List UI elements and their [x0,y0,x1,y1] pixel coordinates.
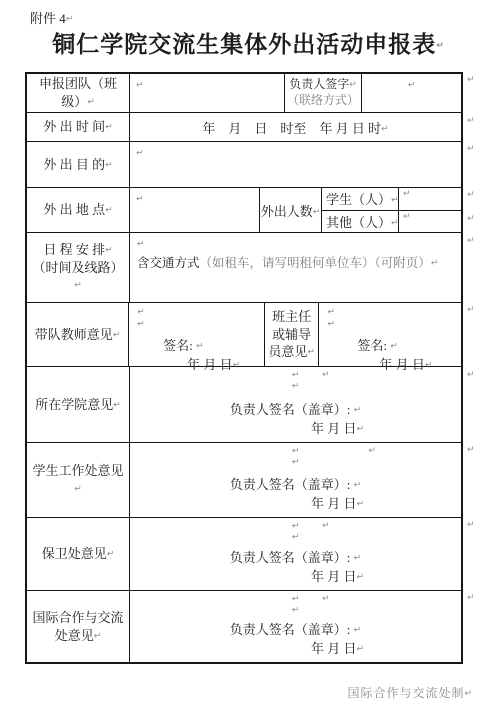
stamp-sign-line: 负责人签名（盖章）: ↵ [130,547,461,566]
time-label: 外 出 时 间↵ [43,118,112,136]
stamp-date-line: 年 月 日↵ [172,418,497,437]
pilcrow-mark: ↵ [467,215,475,224]
row-international-opinion: 国际合作与交流 处意见↵ ↵ ↵ ↵ 负责人签名（盖章）: ↵ 年 月 日↵ [27,591,461,662]
others-label-cell: 其他（人）↵ [322,211,399,233]
student-affairs-label-cell: 学生工作处意见↵ [27,443,130,517]
pilcrow-mark: ↵ [467,191,475,200]
pilcrow-line: ↵ [130,532,461,543]
purpose-input-cell[interactable]: ↵ [130,142,461,187]
pilcrow-mark: ↵ [356,573,364,583]
time-placeholder: 年 月 日 时至 年 月 日 时↵ [202,118,388,137]
schedule-label-line1: 日 程 安 排↵ [43,241,112,259]
signature-line: 签名: ↵ [129,335,264,354]
schedule-hint-main: 含交通方式 [137,256,200,270]
student-affairs-label: 学生工作处意见↵ [31,462,125,497]
leader-contact-label: （联络方式） [287,93,359,109]
pilcrow-mark: ↵ [354,406,362,416]
pilcrow-mark: ↵ [408,81,416,91]
pilcrow-mark: ↵ [322,595,330,604]
purpose-label: 外 出 目 的↵ [43,156,112,174]
advisor-label-line1: 班主任 [272,308,311,326]
teacher-opinion-label: 带队教师意见↵ [35,326,121,344]
college-opinion-label: 所在学院意见↵ [35,396,121,414]
international-stamp-cell[interactable]: ↵ ↵ ↵ 负责人签名（盖章）: ↵ 年 月 日↵ [130,591,461,662]
team-label: 申报团队（班级）↵ [31,75,125,110]
time-input-cell[interactable]: 年 月 日 时至 年 月 日 时↵ [130,113,461,141]
pilcrow-mark: ↵ [292,595,300,605]
teacher-opinion-label-cell: 带队教师意见↵ [27,303,129,366]
leader-sign-label-cell: 负责人签字↵ （联络方式） [285,74,362,112]
pilcrow-mark: ↵ [292,522,300,532]
students-label-cell: 学生（人）↵ [322,188,399,210]
pilcrow-mark: ↵ [74,281,82,291]
pilcrow-line: ↵ [130,521,461,532]
pilcrow-line: ↵ [319,306,461,318]
row-student-affairs-opinion: 学生工作处意见↵ ↵ ↵ ↵ 负责人签名（盖章）: ↵ 年 月 日↵ [27,443,461,518]
pilcrow-line: ↵ [129,318,264,330]
students-count-input-cell[interactable]: ↵ [399,188,461,210]
pilcrow-mark: ↵ [66,15,74,25]
pilcrow-mark: ↵ [467,371,475,380]
pilcrow-mark: ↵ [391,196,399,206]
pilcrow-mark: ↵ [381,124,389,134]
row-teacher-opinion: 带队教师意见↵ ↵ ↵ 签名: ↵ 年 月 日↵ 班主任 或辅导 员意见↵ ↵ … [27,303,461,367]
pilcrow-mark: ↵ [349,80,357,90]
schedule-label-cell: 日 程 安 排↵ （时间及线路）↵ [27,233,130,302]
international-opinion-label-cell: 国际合作与交流 处意见↵ [27,591,130,662]
schedule-hint-note: （如租车，请写明租何单位车）（可附页） [200,256,431,270]
pilcrow-line: ↵ [130,446,461,457]
pilcrow-mark: ↵ [467,76,475,85]
stamp-date-line: 年 月 日↵ [172,638,497,657]
pilcrow-mark: ↵ [431,258,439,268]
stamp-date-line: 年 月 日↵ [172,493,497,512]
pilcrow-mark: ↵ [196,342,204,352]
pilcrow-mark: ↵ [327,308,335,318]
students-label: 学生（人）↵ [326,189,399,208]
security-stamp-cell[interactable]: ↵ ↵ ↵ 负责人签名（盖章）: ↵ 年 月 日↵ [130,518,461,590]
pilcrow-line: ↵ [130,381,461,392]
headcount-label: 外出人数↵ [261,201,321,220]
row-place: 外 出 地 点↵ ↵ 外出人数↵ 学生（人）↵ ↵ [27,188,461,233]
international-label-line2: 处意见↵ [55,627,102,645]
pilcrow-mark: ↵ [107,550,115,560]
security-opinion-label: 保卫处意见↵ [42,545,115,563]
pilcrow-mark: ↵ [292,457,300,467]
row-security-opinion: 保卫处意见↵ ↵ ↵ ↵ 负责人签名（盖章）: ↵ 年 月 日↵ [27,518,461,591]
pilcrow-mark: ↵ [390,342,398,352]
security-opinion-label-cell: 保卫处意见↵ [27,518,130,590]
advisor-opinion-label-cell: 班主任 或辅导 员意见↵ [265,303,320,366]
row-schedule: 日 程 安 排↵ （时间及线路）↵ ↵ 含交通方式（如租车，请写明租何单位车）（… [27,233,461,303]
student-affairs-stamp-cell[interactable]: ↵ ↵ ↵ 负责人签名（盖章）: ↵ 年 月 日↵ [130,443,461,517]
pilcrow-line: ↵ [319,318,461,330]
others-count-input-cell[interactable]: ↵ [399,211,461,233]
schedule-hint: 含交通方式（如租车，请写明租何单位车）（可附页）↵ [137,254,454,273]
college-stamp-cell[interactable]: ↵ ↵ ↵ 负责人签名（盖章）: ↵ 年 月 日↵ [130,367,461,442]
pilcrow-mark: ↵ [354,554,362,564]
stamp-sign-line: 负责人签名（盖章）: ↵ [130,399,461,418]
stamp-date-line: 年 月 日↵ [172,566,497,585]
pilcrow-mark: ↵ [368,447,376,456]
place-label-cell: 外 出 地 点↵ [27,188,130,232]
advisor-label-line2: 或辅导 [272,326,311,344]
pilcrow-line: ↵ [130,370,461,381]
pilcrow-mark: ↵ [322,522,330,531]
pilcrow-mark: ↵ [105,246,113,256]
pilcrow-mark: ↵ [356,645,364,655]
footer-credit-text: 国际合作与交流处制 [347,686,464,700]
row-team: 申报团队（班级）↵ ↵ 负责人签字↵ （联络方式） ↵ [27,74,461,113]
pilcrow-mark: ↵ [467,237,475,246]
signature-line: 签名: ↵ [319,335,461,354]
page-title-text: 铜仁学院交流生集体外出活动申报表 [52,32,436,57]
pilcrow-mark: ↵ [354,626,362,636]
stamp-sign-line: 负责人签名（盖章）: ↵ [130,619,461,638]
page-title: 铜仁学院交流生集体外出活动申报表↵ [0,26,497,59]
footer-credit: 国际合作与交流处制↵ [0,684,473,701]
pilcrow-mark: ↵ [113,400,121,410]
headcount-subgrid: 学生（人）↵ ↵ 其他（人）↵ ↵ [322,188,461,232]
pilcrow-mark: ↵ [105,160,113,170]
pilcrow-mark: ↵ [292,447,300,457]
pilcrow-mark: ↵ [113,330,121,340]
place-label: 外 出 地 点↵ [43,201,112,219]
leader-sign-input-cell[interactable]: ↵ [362,74,461,112]
teacher-signature-cell[interactable]: ↵ ↵ 签名: ↵ 年 月 日↵ [129,303,265,366]
pilcrow-mark: ↵ [467,521,475,530]
pilcrow-mark: ↵ [137,319,145,329]
pilcrow-mark: ↵ [354,481,362,491]
schedule-input-cell[interactable]: ↵ 含交通方式（如租车，请写明租何单位车）（可附页）↵ [130,233,461,302]
pilcrow-mark: ↵ [136,81,144,91]
college-opinion-label-cell: 所在学院意见↵ [27,367,130,442]
pilcrow-mark: ↵ [467,145,475,154]
pilcrow-line: ↵ [130,457,461,468]
pilcrow-mark: ↵ [327,319,335,329]
pilcrow-mark: ↵ [313,207,321,217]
pilcrow-mark: ↵ [74,485,82,495]
schedule-label-line2: （时间及线路）↵ [31,259,125,294]
pilcrow-mark: ↵ [292,381,300,391]
pilcrow-mark: ↵ [292,605,300,615]
document-page: 附件 4↵ 铜仁学院交流生集体外出活动申报表↵ 申报团队（班级）↵ ↵ 负责人签… [0,0,497,703]
advisor-signature-cell[interactable]: ↵ ↵ 签名: ↵ 年 月 日↵ [319,303,461,366]
pilcrow-mark: ↵ [464,689,473,699]
team-input-cell[interactable]: ↵ [130,74,285,112]
pilcrow-mark: ↵ [436,41,445,51]
leader-sign-label: 负责人签字↵ [289,77,357,93]
pilcrow-mark: ↵ [467,306,475,315]
attachment-text: 附件 4 [30,11,66,26]
pilcrow-mark: ↵ [137,240,145,250]
others-label: 其他（人）↵ [326,212,399,231]
advisor-label-line3: 员意见↵ [268,343,315,361]
row-purpose: 外 出 目 的↵ ↵ [27,142,461,188]
pilcrow-mark: ↵ [356,425,364,435]
pilcrow-line: ↵ [130,594,461,605]
students-subrow: 学生（人）↵ ↵ [322,188,461,211]
team-label-cell: 申报团队（班级）↵ [27,74,130,112]
pilcrow-mark: ↵ [307,348,315,358]
pilcrow-mark: ↵ [105,123,113,133]
pilcrow-mark: ↵ [87,98,95,108]
pilcrow-mark: ↵ [94,631,102,641]
pilcrow-mark: ↵ [322,371,330,380]
pilcrow-line: ↵ [137,235,454,254]
pilcrow-mark: ↵ [467,117,475,126]
place-input-cell[interactable]: ↵ [130,188,260,232]
headcount-label-cell: 外出人数↵ [260,188,322,232]
application-form-table: 申报团队（班级）↵ ↵ 负责人签字↵ （联络方式） ↵ 外 出 时 间↵ 年 月… [25,72,463,664]
pilcrow-mark: ↵ [403,213,411,222]
pilcrow-mark: ↵ [137,308,145,318]
international-label-line1: 国际合作与交流 [32,609,123,627]
pilcrow-mark: ↵ [391,218,399,228]
stamp-sign-line: 负责人签名（盖章）: ↵ [130,474,461,493]
pilcrow-mark: ↵ [136,195,144,205]
pilcrow-mark: ↵ [105,206,113,216]
pilcrow-mark: ↵ [467,594,475,603]
pilcrow-mark: ↵ [292,371,300,381]
attachment-label: 附件 4↵ [30,8,73,27]
pilcrow-mark: ↵ [403,190,411,199]
row-time: 外 出 时 间↵ 年 月 日 时至 年 月 日 时↵ [27,113,461,142]
row-college-opinion: 所在学院意见↵ ↵ ↵ ↵ 负责人签名（盖章）: ↵ 年 月 日↵ [27,367,461,443]
pilcrow-line: ↵ [130,605,461,616]
others-subrow: 其他（人）↵ ↵ [322,211,461,233]
pilcrow-mark: ↵ [136,149,144,159]
time-label-cell: 外 出 时 间↵ [27,113,130,141]
pilcrow-mark: ↵ [292,532,300,542]
pilcrow-mark: ↵ [467,446,475,455]
pilcrow-mark: ↵ [356,500,364,510]
purpose-label-cell: 外 出 目 的↵ [27,142,130,187]
pilcrow-line: ↵ [129,306,264,318]
